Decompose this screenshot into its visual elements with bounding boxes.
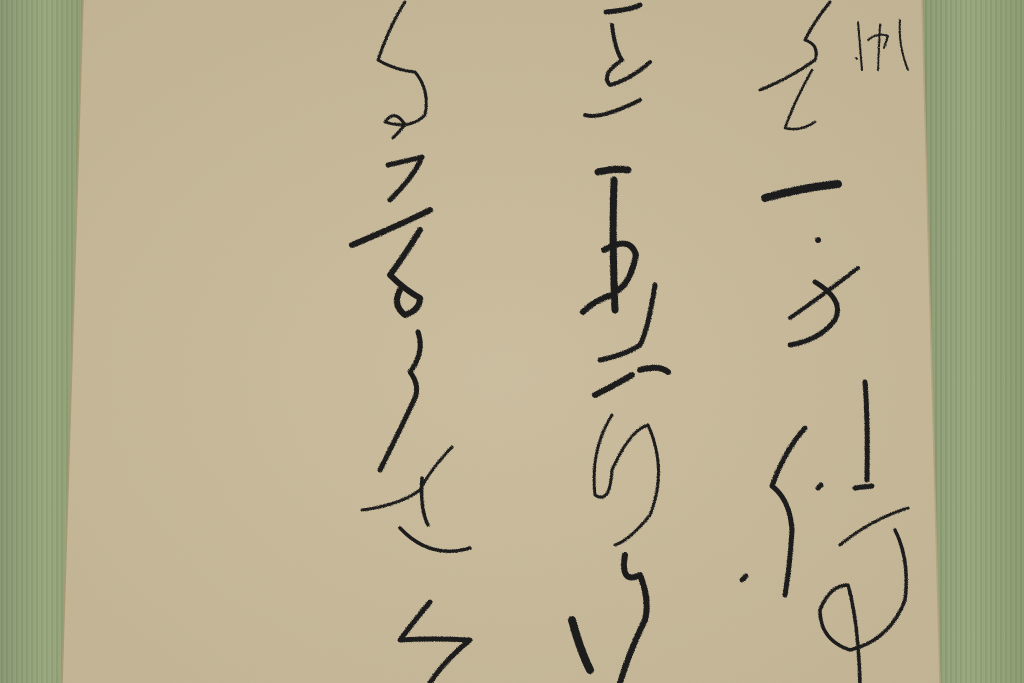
scroll-paper (0, 0, 1024, 683)
scroll-photo (0, 0, 1024, 683)
